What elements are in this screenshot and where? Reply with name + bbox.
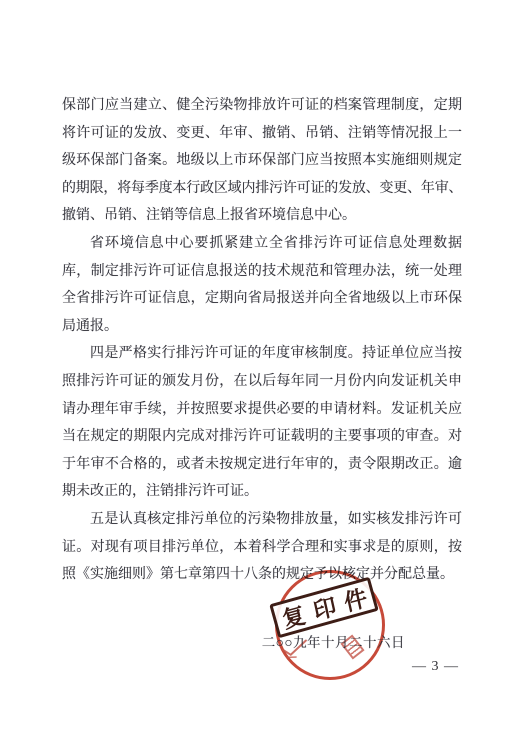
text-line: 全省排污许可证信息，定期向省局报送并向全省地级以上市环保 [62,285,462,313]
text-line: 五是认真核定排污单位的污染物排放量，如实核发排污许可 [62,506,462,534]
text-line: 级环保部门备案。地级以上市环保部门应当按照本实施细则规定 [62,147,462,175]
page-number: — 3 — [412,659,459,675]
text-line: 库，制定排污许可证信息报送的技术规范和管理办法，统一处理 [62,258,462,286]
text-line: 四是严格实行排污许可证的年度审核制度。持证单位应当按 [62,340,462,368]
text-line: 当在规定的期限内完成对排污许可证载明的主要事项的审查。对 [62,423,462,451]
text-line: 照排污许可证的颁发月份，在以后每年同一月份内向发证机关申 [62,368,462,396]
text-line: 于年审不合格的，或者未按规定进行年审的，责令限期改正。逾 [62,451,462,479]
text-line: 的期限，将每季度本行政区域内排污许可证的发放、变更、年审、 [62,175,462,203]
text-line: 省环境信息中心要抓紧建立全省排污许可证信息处理数据 [62,230,462,258]
document-page: 保部门应当建立、健全污染物排放许可证的档案管理制度，定期将许可证的发放、变更、年… [0,0,522,741]
text-line: 期未改正的，注销排污许可证。 [62,478,462,506]
text-line: 保部门应当建立、健全污染物排放许可证的档案管理制度，定期 [62,92,462,120]
body-text: 保部门应当建立、健全污染物排放许可证的档案管理制度，定期将许可证的发放、变更、年… [62,92,462,589]
text-line: 请办理年审手续，并按照要求提供必要的申请材料。发证机关应 [62,396,462,424]
text-line: 撤销、吊销、注销等信息上报省环境信息中心。 [62,202,462,230]
text-line: 证。对现有项目排污单位，本着科学合理和实事求是的原则，按 [62,534,462,562]
text-line: 局通报。 [62,313,462,341]
text-line: 照《实施细则》第七章第四十八条的规定予以核定并分配总量。 [62,561,462,589]
text-line: 将许可证的发放、变更、年审、撤销、吊销、注销等情况报上一 [62,120,462,148]
